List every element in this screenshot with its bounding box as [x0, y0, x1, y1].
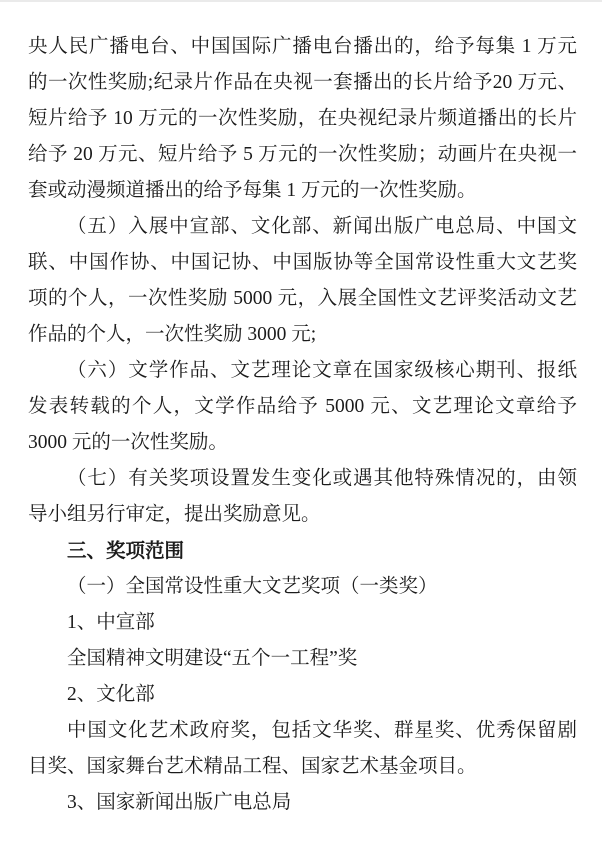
list-item: 1、中宣部	[28, 605, 577, 641]
text-line: （七）有关奖项设置发生变化或遇其他特殊情况的，由领	[28, 461, 577, 497]
text-line: 给予 20 万元、短片给予 5 万元的一次性奖励；动画片在央视一	[28, 137, 577, 173]
document-text-block: 央人民广播电台、中国国际广播电台播出的，给予每集 1 万元 的一次性奖励;纪录片…	[28, 29, 577, 821]
text-line: 的一次性奖励;纪录片作品在央视一套播出的长片给予20 万元、	[28, 65, 577, 101]
text-line: 作品的个人，一次性奖励 3000 元;	[28, 317, 577, 353]
text-line: （五）入展中宣部、文化部、新闻出版广电总局、中国文	[28, 209, 577, 245]
section-heading: 三、奖项范围	[28, 533, 577, 569]
text-line: （六）文学作品、文艺理论文章在国家级核心期刊、报纸	[28, 353, 577, 389]
text-line: 中国文化艺术政府奖，包括文华奖、群星奖、优秀保留剧	[28, 713, 577, 749]
text-line: 短片给予 10 万元的一次性奖励，在央视纪录片频道播出的长片	[28, 101, 577, 137]
list-item: 3、国家新闻出版广电总局	[28, 785, 577, 821]
text-line: 3000 元的一次性奖励。	[28, 425, 577, 461]
document-page: 央人民广播电台、中国国际广播电台播出的，给予每集 1 万元 的一次性奖励;纪录片…	[0, 0, 602, 858]
text-line: 项的个人，一次性奖励 5000 元，入展全国性文艺评奖活动文艺	[28, 281, 577, 317]
text-line: 全国精神文明建设“五个一工程”奖	[28, 641, 577, 677]
text-line: 联、中国作协、中国记协、中国版协等全国常设性重大文艺奖	[28, 245, 577, 281]
text-line: 目奖、国家舞台艺术精品工程、国家艺术基金项目。	[28, 749, 577, 785]
text-line: 套或动漫频道播出的给予每集 1 万元的一次性奖励。	[28, 173, 577, 209]
text-line: （一）全国常设性重大文艺奖项（一类奖）	[28, 569, 577, 605]
scan-edge-artifact	[0, 0, 602, 2]
text-line: 导小组另行审定，提出奖励意见。	[28, 497, 577, 533]
list-item: 2、文化部	[28, 677, 577, 713]
text-line: 央人民广播电台、中国国际广播电台播出的，给予每集 1 万元	[28, 29, 577, 65]
text-line: 发表转载的个人，文学作品给予 5000 元、文艺理论文章给予	[28, 389, 577, 425]
